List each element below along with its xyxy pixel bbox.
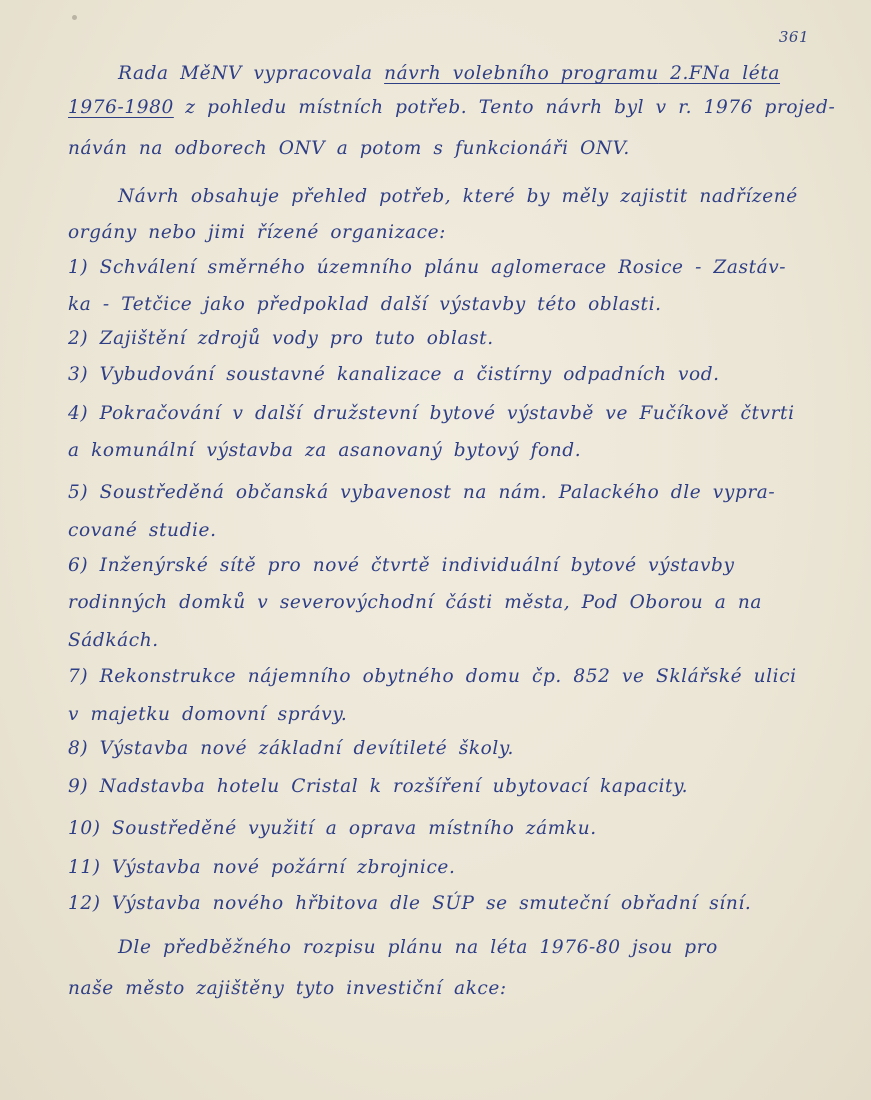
underlined-text: 2.FNa léta bbox=[659, 63, 780, 84]
list-item-10: 10) Soustředěné využití a oprava místníh… bbox=[68, 818, 597, 840]
paragraph-1-line-3: náván na odborech ONV a potom s funkcion… bbox=[68, 138, 630, 160]
paragraph-3-line-1: Dle předběžného rozpisu plánu na léta 19… bbox=[118, 937, 718, 959]
paper-spot bbox=[72, 15, 77, 20]
list-item-11: 11) Výstavba nové požární zbrojnice. bbox=[68, 857, 455, 879]
list-item-3: 3) Vybudování soustavné kanalizace a čis… bbox=[68, 364, 720, 386]
list-item-8: 8) Výstavba nové základní devítileté ško… bbox=[68, 738, 514, 760]
paragraph-2-line-1: Návrh obsahuje přehled potřeb, které by … bbox=[118, 186, 798, 208]
underlined-text: návrh volebního programu bbox=[384, 63, 659, 84]
page-number: 361 bbox=[779, 28, 809, 46]
list-item-7-line-2: v majetku domovní správy. bbox=[68, 704, 347, 726]
list-item-1-line-2: ka - Tetčice jako předpoklad další výsta… bbox=[68, 294, 662, 316]
list-item-6-line-2: rodinných domků v severovýchodní části m… bbox=[68, 592, 762, 614]
text-segment: z pohledu místních potřeb. Tento návrh b… bbox=[174, 97, 836, 118]
list-item-12: 12) Výstavba nového hřbitova dle SÚP se … bbox=[68, 893, 751, 915]
list-item-4-line-2: a komunální výstavba za asanovaný bytový… bbox=[68, 440, 581, 462]
handwritten-page: 361 Rada MěNV vypracovala návrh volebníh… bbox=[0, 0, 871, 1100]
list-item-6-line-3: Sádkách. bbox=[68, 630, 159, 652]
list-item-6-line-1: 6) Inženýrské sítě pro nové čtvrtě indiv… bbox=[68, 555, 735, 577]
list-item-5-line-1: 5) Soustředěná občanská vybavenost na ná… bbox=[68, 482, 775, 504]
paragraph-1-line-1: Rada MěNV vypracovala návrh volebního pr… bbox=[118, 63, 780, 85]
paragraph-2-line-2: orgány nebo jimi řízené organizace: bbox=[68, 222, 446, 244]
underlined-years: 1976-1980 bbox=[68, 97, 174, 118]
list-item-2: 2) Zajištění zdrojů vody pro tuto oblast… bbox=[68, 328, 494, 350]
list-item-7-line-1: 7) Rekonstrukce nájemního obytného domu … bbox=[68, 666, 797, 688]
paragraph-1-line-2: 1976-1980 z pohledu místních potřeb. Ten… bbox=[68, 97, 835, 119]
paragraph-3-line-2: naše město zajištěny tyto investiční akc… bbox=[68, 978, 507, 1000]
list-item-5-line-2: cované studie. bbox=[68, 520, 217, 542]
text-segment: Rada MěNV vypracovala bbox=[118, 63, 384, 84]
list-item-9: 9) Nadstavba hotelu Cristal k rozšíření … bbox=[68, 776, 688, 798]
list-item-4-line-1: 4) Pokračování v další družstevní bytové… bbox=[68, 403, 795, 425]
list-item-1-line-1: 1) Schválení směrného územního plánu agl… bbox=[68, 257, 786, 279]
